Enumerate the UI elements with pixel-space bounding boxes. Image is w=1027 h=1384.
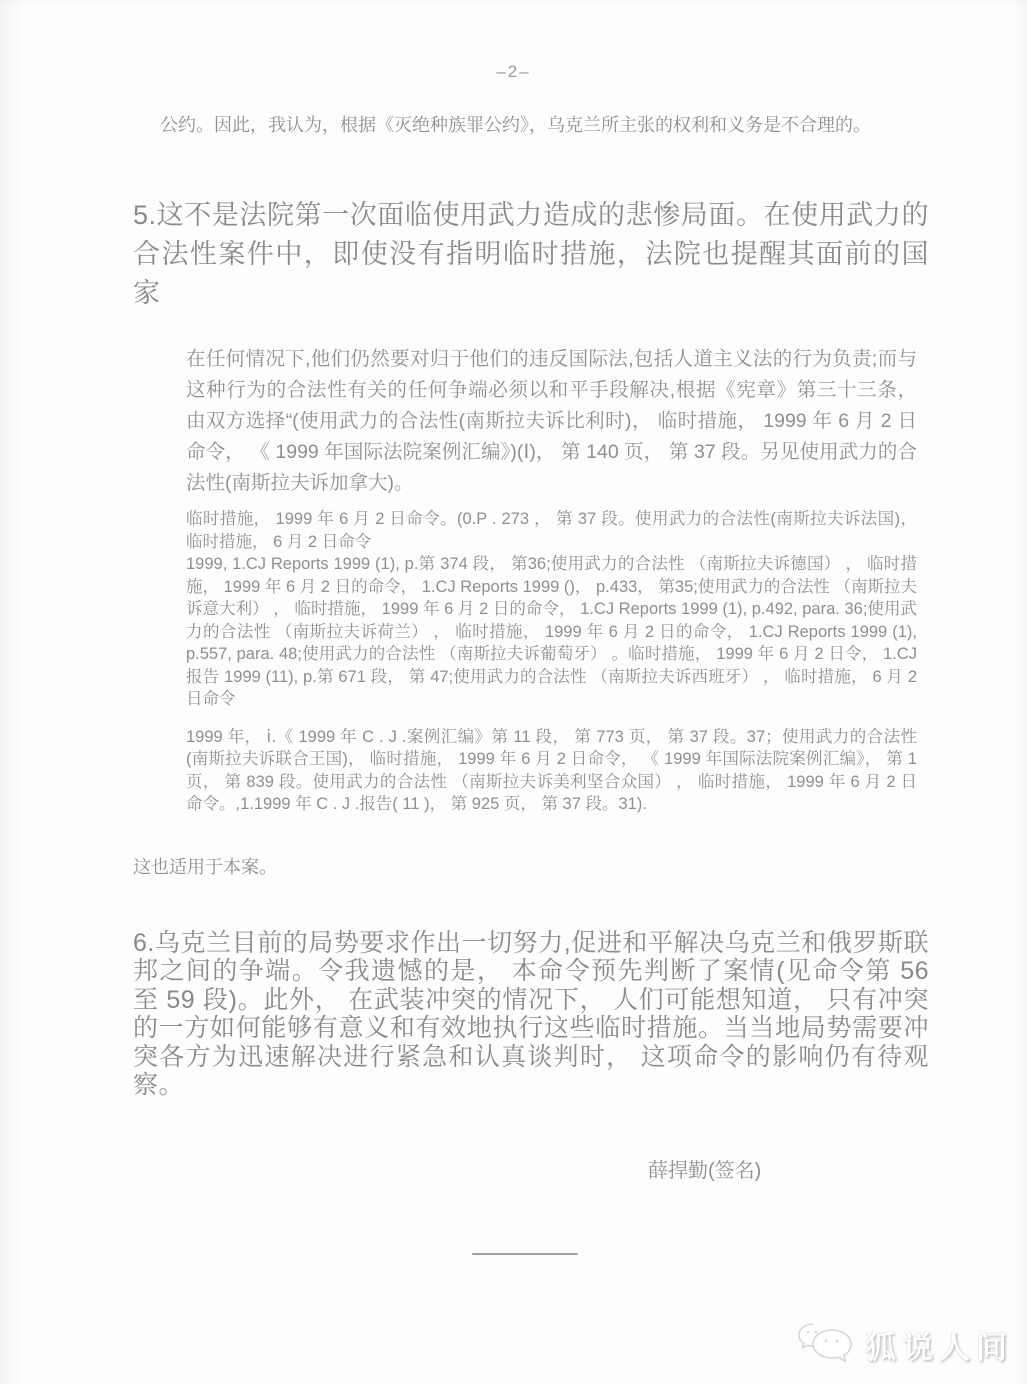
quote-block-2-part-1: 临时措施， 1999 年 6 月 2 日命令。(0.P . 273 ， 第 37… bbox=[186, 508, 917, 553]
applies-to-case-line: 这也适用于本案。 bbox=[133, 853, 1027, 879]
signature-line: 薛捍勤(签名) bbox=[648, 1154, 1027, 1183]
section-5-paragraph: 5.这不是法院第一次面临使用武力造成的悲惨局面。在使用武力的合法性案件中，即使没… bbox=[133, 196, 929, 313]
section-6-paragraph: 6.乌克兰目前的局势要求作出一切努力,促进和平解决乌克兰和俄罗斯联邦之间的争端。… bbox=[133, 929, 929, 1100]
page-number: –2– bbox=[0, 0, 1027, 82]
quote-block-2: 临时措施， 1999 年 6 月 2 日命令。(0.P . 273 ， 第 37… bbox=[186, 508, 917, 711]
quote-block-3: 1999 年， ⅰ.《 1999 年 C . J .案例汇编》第 11 段， 第… bbox=[186, 726, 917, 816]
chat-bubbles-icon bbox=[797, 1320, 855, 1368]
quote-block-1: 在任何情况下,他们仍然要对归于他们的违反国际法,包括人道主义法的行为负责;而与这… bbox=[186, 344, 917, 499]
intro-paragraph: 公约。因此，我认为，根据《灭绝种族罪公约》，乌克兰所主张的权利和义务是不合理的。 bbox=[160, 112, 917, 139]
quote-block-2-part-2: 1999, 1.CJ Reports 1999 (1), p.第 374 段， … bbox=[186, 553, 917, 711]
watermark: 狐说人间 bbox=[797, 1320, 1013, 1368]
horizontal-rule bbox=[472, 1253, 578, 1255]
document-page: –2– 公约。因此，我认为，根据《灭绝种族罪公约》，乌克兰所主张的权利和义务是不… bbox=[0, 0, 1027, 1384]
watermark-label: 狐说人间 bbox=[865, 1322, 1013, 1367]
